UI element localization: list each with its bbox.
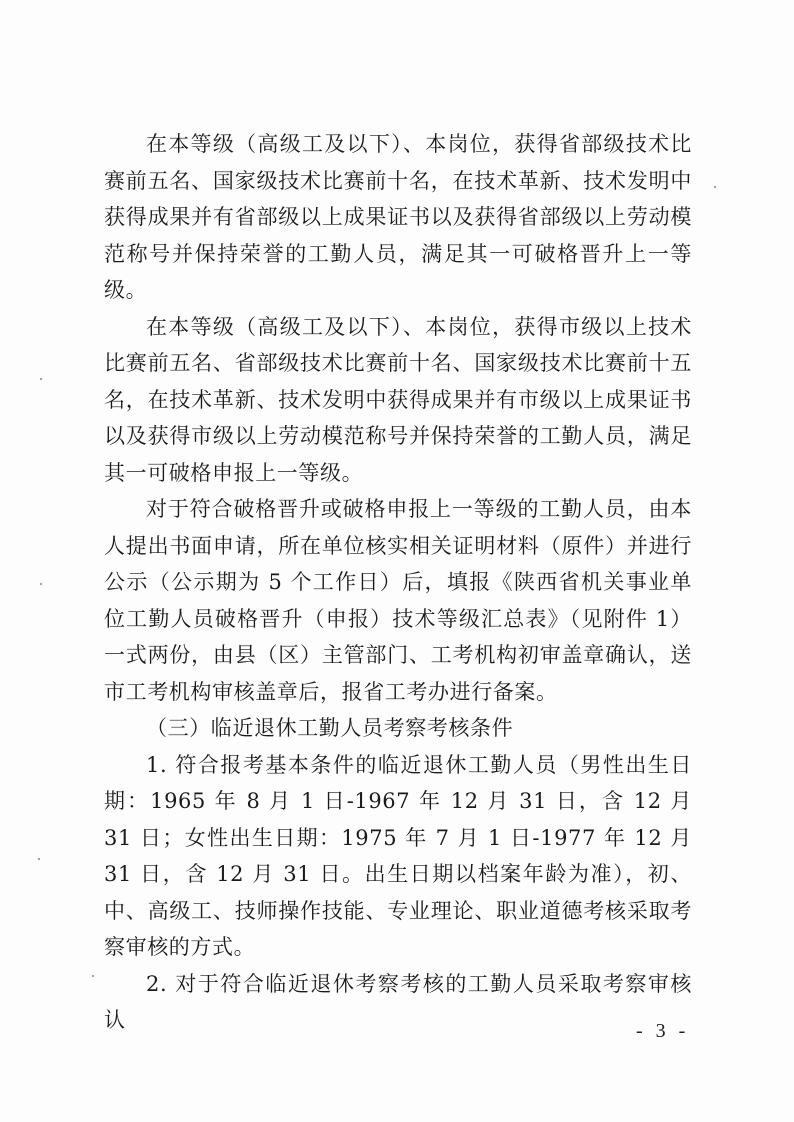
page-number: - 3 - [636,1020,689,1043]
scan-speck [38,858,40,860]
paragraph-municipal-award-application: 在本等级（高级工及以下）、本岗位，获得市级以上技术比赛前五名、省部级技术比赛前十… [104,309,692,492]
paragraph-near-retirement-review: 2. 对于符合临近退休考察考核的工勤人员采取考察审核认 [104,966,692,1039]
document-page: 在本等级（高级工及以下）、本岗位，获得省部级技术比赛前五名、国家级技术比赛前十名… [0,0,794,1122]
document-body: 在本等级（高级工及以下）、本岗位，获得省部级技术比赛前五名、国家级技术比赛前十名… [104,126,692,1039]
scan-speck [714,186,716,188]
scan-speck [40,378,42,380]
paragraph-near-retirement-eligibility: 1. 符合报考基本条件的临近退休工勤人员（男性出生日期：1965 年 8 月 1… [104,747,692,966]
paragraph-provincial-award-promotion: 在本等级（高级工及以下）、本岗位，获得省部级技术比赛前五名、国家级技术比赛前十名… [104,126,692,309]
paragraph-application-procedure: 对于符合破格晋升或破格申报上一等级的工勤人员，由本人提出书面申请，所在单位核实相… [104,491,692,710]
scan-speck [92,975,94,977]
scan-speck [40,583,42,585]
section-heading-near-retirement: （三）临近退休工勤人员考察考核条件 [104,710,692,747]
